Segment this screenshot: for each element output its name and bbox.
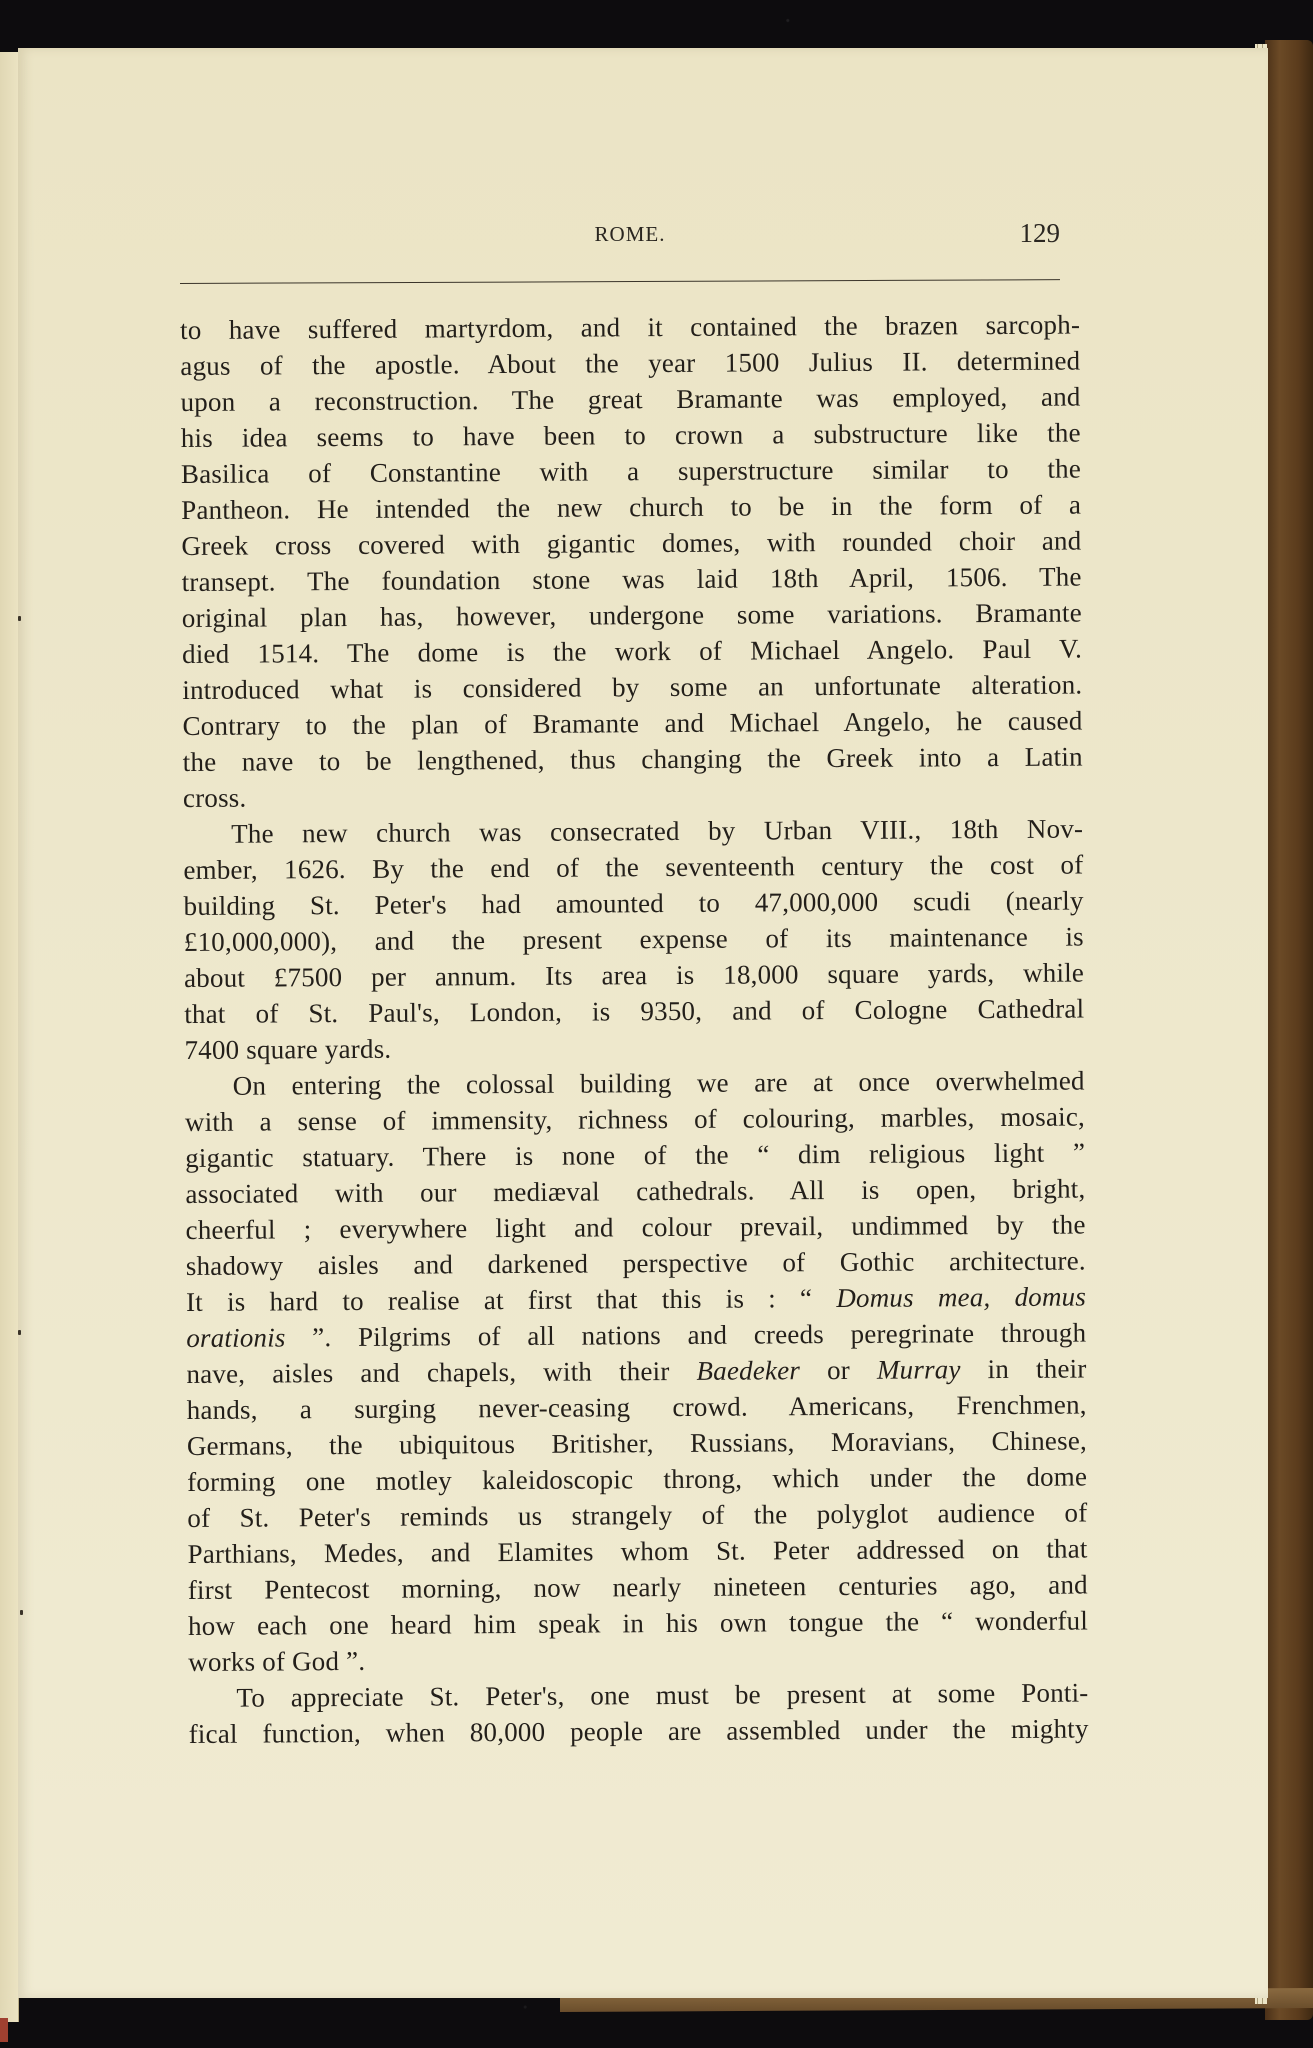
margin-mark	[18, 616, 21, 621]
text-line: Basilica of Constantine with a superstru…	[181, 450, 1081, 491]
text-line: upon a reconstruction. The great Bramant…	[180, 379, 1080, 420]
text-line: Greek cross covered with gigantic domes,…	[181, 522, 1081, 563]
text-line: original plan has, however, undergone so…	[182, 594, 1082, 635]
text-line: his idea seems to have been to crown a s…	[181, 415, 1081, 456]
text-line: with a sense of immensity, richness of c…	[185, 1098, 1085, 1139]
book-binding-right	[1265, 40, 1313, 2020]
text-line: 7400 square yards.	[184, 1026, 1084, 1067]
paragraph: To appreciate St. Peter's, one must be p…	[188, 1674, 1088, 1751]
text-line: first Pentecost morning, now nearly nine…	[188, 1566, 1088, 1607]
text-line: Germans, the ubiquitous Britisher, Russi…	[187, 1422, 1087, 1463]
italic-text: Baedeker	[696, 1355, 800, 1386]
text-line: forming one motley kaleidoscopic throng,…	[187, 1458, 1087, 1499]
text-line: cheerful ; everywhere light and colour p…	[185, 1206, 1085, 1247]
text-line: £10,000,000), and the present expense of…	[184, 918, 1084, 959]
running-head: ROME. 129	[180, 222, 1080, 256]
margin-mark	[20, 1610, 23, 1615]
text-line: about £7500 per annum. Its area is 18,00…	[184, 954, 1084, 995]
text-line: orationis ”. Pilgrims of all nations and…	[186, 1314, 1086, 1355]
text-line: On entering the colossal building we are…	[185, 1062, 1085, 1103]
italic-text: Murray	[877, 1354, 961, 1385]
text-line: Contrary to the plan of Bramante and Mic…	[182, 702, 1082, 743]
page-number: 129	[1020, 218, 1061, 249]
text-line: that of St. Paul's, London, is 9350, and…	[184, 990, 1084, 1031]
text-line: nave, aisles and chapels, with their Bae…	[186, 1350, 1086, 1391]
text-line: the nave to be lengthened, thus changing…	[183, 738, 1083, 779]
body-text: to have suffered martyrdom, and it conta…	[180, 307, 1089, 1752]
running-title: ROME.	[180, 222, 1080, 247]
paragraph: On entering the colossal building we are…	[185, 1062, 1089, 1679]
margin-mark	[18, 1330, 21, 1335]
text-line: The new church was consecrated by Urban …	[183, 810, 1083, 851]
text-line: hands, a surging never-ceasing crowd. Am…	[187, 1386, 1087, 1427]
text-line: works of God ”.	[188, 1638, 1088, 1679]
text-line: Parthians, Medes, and Elamites whom St. …	[187, 1530, 1087, 1571]
text-line: It is hard to realise at first that this…	[186, 1278, 1086, 1319]
text-line: ember, 1626. By the end of the seventeen…	[183, 846, 1083, 887]
italic-text: Domus mea, domus	[836, 1281, 1086, 1313]
text-line: agus of the apostle. About the year 1500…	[180, 343, 1080, 384]
paragraph: The new church was consecrated by Urban …	[183, 810, 1085, 1067]
text-line: gigantic statuary. There is none of the …	[185, 1134, 1085, 1175]
text-line: transept. The foundation stone was laid …	[182, 558, 1082, 599]
text-line: how each one heard him speak in his own …	[188, 1602, 1088, 1643]
text-line: cross.	[183, 774, 1083, 815]
text-line: to have suffered martyrdom, and it conta…	[180, 307, 1080, 348]
left-page-edge	[0, 52, 19, 2022]
text-line: To appreciate St. Peter's, one must be p…	[188, 1674, 1088, 1715]
text-line: of St. Peter's reminds us strangely of t…	[187, 1494, 1087, 1535]
italic-text: orationis	[186, 1322, 286, 1353]
text-line: introduced what is considered by some an…	[182, 666, 1082, 707]
red-page-edge	[0, 2018, 8, 2042]
text-line: Pantheon. He intended the new church to …	[181, 486, 1081, 527]
text-line: shadowy aisles and darkened perspective …	[186, 1242, 1086, 1283]
paragraph: to have suffered martyrdom, and it conta…	[180, 307, 1083, 816]
text-line: building St. Peter's had amounted to 47,…	[184, 882, 1084, 923]
text-line: died 1514. The dome is the work of Micha…	[182, 630, 1082, 671]
text-line: associated with our mediæval cathedrals.…	[185, 1170, 1085, 1211]
text-line: fical function, when 80,000 people are a…	[189, 1710, 1089, 1751]
